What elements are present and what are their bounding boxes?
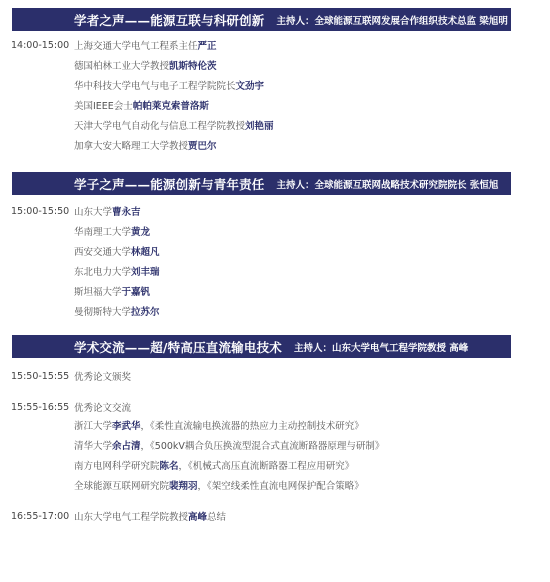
speaker-affiliation: 清华大学 bbox=[74, 438, 112, 452]
section-title: 学术交流——超/特高压直流输电技术 bbox=[74, 338, 282, 356]
speaker-name: 余占清 bbox=[112, 438, 141, 452]
schedule-row: 华南理工大学黄龙 bbox=[11, 222, 150, 240]
speaker-affiliation: 浙江大学 bbox=[74, 418, 112, 432]
speaker-name: 于嘉钒 bbox=[122, 284, 151, 298]
schedule-row: 14:00-15:00 上海交通大学电气工程系主任严正 bbox=[11, 36, 217, 54]
speaker-affiliation: 加拿大安大略理工大学教授 bbox=[74, 138, 188, 152]
speaker-affiliation: 华中科技大学电气与电子工程学院院长 bbox=[74, 78, 236, 92]
speaker-affiliation: 东北电力大学 bbox=[74, 264, 131, 278]
schedule-row: 15:00-15:50 山东大学曹永吉 bbox=[11, 202, 141, 220]
paper-title: ，《机械式高压直流断路器工程应用研究》 bbox=[179, 458, 355, 472]
speaker-name: 刘丰瑞 bbox=[131, 264, 160, 278]
schedule-row: 德国柏林工业大学教授凯斯特伦茨 bbox=[11, 56, 217, 74]
schedule-row: 东北电力大学刘丰瑞 bbox=[11, 262, 160, 280]
speaker-affiliation: 山东大学 bbox=[74, 204, 112, 218]
schedule-row: 16:55-17:00 山东大学电气工程学院教授高峰总结 bbox=[11, 507, 226, 525]
schedule-row: 华中科技大学电气与电子工程学院院长文劲宇 bbox=[11, 76, 264, 94]
speaker-affiliation: 全球能源互联网研究院 bbox=[74, 478, 169, 492]
speaker-name: 帕帕莱克索普洛斯 bbox=[133, 98, 209, 112]
section-header-students: 学子之声——能源创新与青年责任 主持人：全球能源互联网战略技术研究院院长 张恒旭 bbox=[12, 172, 511, 195]
speaker-affiliation: 南方电网科学研究院 bbox=[74, 458, 160, 472]
speaker-name: 裴翔羽 bbox=[169, 478, 198, 492]
paper-title: ，《柔性直流输电换流器的热应力主动控制技术研究》 bbox=[141, 418, 364, 432]
section-title: 学者之声——能源互联与科研创新 bbox=[74, 11, 265, 29]
time-slot: 15:50-15:55 bbox=[11, 371, 74, 382]
speaker-name: 高峰 bbox=[188, 509, 207, 523]
speaker-affiliation: 华南理工大学 bbox=[74, 224, 131, 238]
time-slot: 15:55-16:55 bbox=[11, 402, 74, 413]
speaker-name: 凯斯特伦茨 bbox=[169, 58, 217, 72]
speaker-name: 黄龙 bbox=[131, 224, 150, 238]
section-header-scholars: 学者之声——能源互联与科研创新 主持人：全球能源互联网发展合作组织技术总监 梁旭… bbox=[12, 8, 511, 31]
speaker-affiliation: 西安交通大学 bbox=[74, 244, 131, 258]
speaker-name: 林超凡 bbox=[131, 244, 160, 258]
time-slot: 14:00-15:00 bbox=[11, 40, 74, 51]
schedule-row: 西安交通大学林超凡 bbox=[11, 242, 160, 260]
schedule-row: 加拿大安大略理工大学教授贾巴尔 bbox=[11, 136, 217, 154]
speaker-affiliation: 德国柏林工业大学教授 bbox=[74, 58, 169, 72]
section-host: 主持人：全球能源互联网战略技术研究院院长 张恒旭 bbox=[277, 177, 499, 191]
time-slot: 15:00-15:50 bbox=[11, 206, 74, 217]
speaker-affiliation: 上海交通大学电气工程系主任 bbox=[74, 38, 198, 52]
schedule-row: 美国IEEE会士帕帕莱克索普洛斯 bbox=[11, 96, 209, 114]
speaker-name: 严正 bbox=[198, 38, 217, 52]
speaker-name: 贾巴尔 bbox=[188, 138, 217, 152]
agenda-item: 优秀论文颁奖 bbox=[74, 369, 131, 383]
speaker-name: 拉苏尔 bbox=[131, 304, 160, 318]
speaker-affiliation: 天津大学电气自动化与信息工程学院教授 bbox=[74, 118, 245, 132]
speaker-name: 文劲宇 bbox=[236, 78, 265, 92]
schedule-row: 15:50-15:55 优秀论文颁奖 bbox=[11, 367, 131, 385]
speaker-affiliation: 美国IEEE会士 bbox=[74, 98, 133, 112]
schedule-row: 清华大学余占清，《500kV耦合负压换流型混合式直流断路器原理与研制》 bbox=[11, 436, 384, 454]
speaker-name: 李武华 bbox=[112, 418, 141, 432]
section-host: 主持人：山东大学电气工程学院教授 高峰 bbox=[294, 340, 468, 354]
schedule-row: 斯坦福大学于嘉钒 bbox=[11, 282, 150, 300]
speaker-name: 刘艳丽 bbox=[245, 118, 274, 132]
speaker-name: 曹永吉 bbox=[112, 204, 141, 218]
speaker-affiliation: 曼彻斯特大学 bbox=[74, 304, 131, 318]
schedule-row: 曼彻斯特大学拉苏尔 bbox=[11, 302, 160, 320]
speaker-affiliation: 斯坦福大学 bbox=[74, 284, 122, 298]
time-slot: 16:55-17:00 bbox=[11, 511, 74, 522]
paper-title: ，《架空线柔性直流电网保护配合策略》 bbox=[198, 478, 364, 492]
section-title: 学子之声——能源创新与青年责任 bbox=[74, 175, 265, 193]
speaker-affiliation: 山东大学电气工程学院教授 bbox=[74, 509, 188, 523]
section-host: 主持人：全球能源互联网发展合作组织技术总监 梁旭明 bbox=[277, 13, 508, 27]
schedule-row: 南方电网科学研究院陈名，《机械式高压直流断路器工程应用研究》 bbox=[11, 456, 354, 474]
schedule-row: 15:55-16:55 优秀论文交流 bbox=[11, 398, 131, 416]
speaker-name: 陈名 bbox=[160, 458, 179, 472]
section-header-academic: 学术交流——超/特高压直流输电技术 主持人：山东大学电气工程学院教授 高峰 bbox=[12, 335, 511, 358]
schedule-row: 天津大学电气自动化与信息工程学院教授刘艳丽 bbox=[11, 116, 274, 134]
closing-note: 总结 bbox=[207, 509, 226, 523]
schedule-row: 全球能源互联网研究院裴翔羽，《架空线柔性直流电网保护配合策略》 bbox=[11, 476, 364, 494]
paper-title: ，《500kV耦合负压换流型混合式直流断路器原理与研制》 bbox=[141, 438, 385, 452]
schedule-row: 浙江大学李武华，《柔性直流输电换流器的热应力主动控制技术研究》 bbox=[11, 416, 364, 434]
agenda-item: 优秀论文交流 bbox=[74, 400, 131, 414]
